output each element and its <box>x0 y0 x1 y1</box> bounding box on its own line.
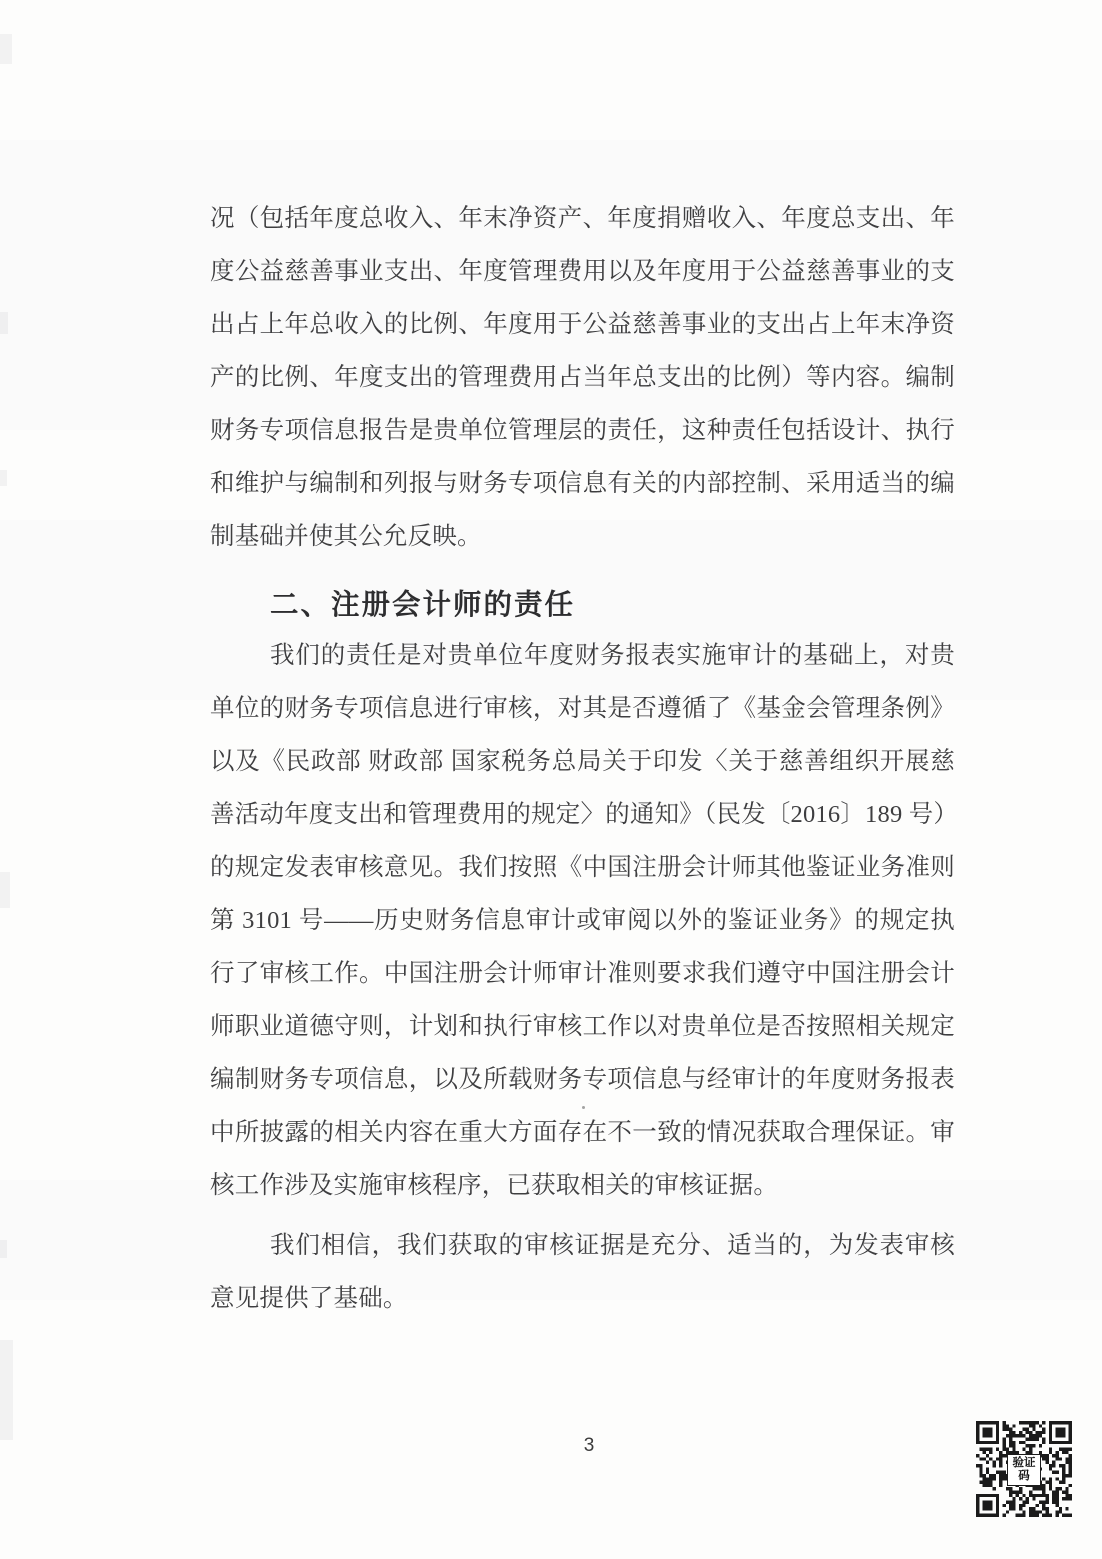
text-line: 我们的责任是对贵单位年度财务报表实施审计的基础上，对贵 <box>210 629 955 682</box>
text-line: 师职业道德守则，计划和执行审核工作以对贵单位是否按照相关规定 <box>210 1000 955 1053</box>
text-line: 产的比例、年度支出的管理费用占当年总支出的比例）等内容。编制 <box>210 351 955 404</box>
text-line: 的规定发表审核意见。我们按照《中国注册会计师其他鉴证业务准则 <box>210 841 955 894</box>
document-page: 况（包括年度总收入、年末净资产、年度捐赠收入、年度总支出、年度公益慈善事业支出、… <box>0 0 1102 1559</box>
text-line: 况（包括年度总收入、年末净资产、年度捐赠收入、年度总支出、年 <box>210 192 955 245</box>
scan-edge-artifact <box>0 1340 13 1440</box>
qr-code-label: 验证码 <box>1007 1454 1041 1486</box>
text-line: 编制财务专项信息，以及所载财务专项信息与经审计的年度财务报表 <box>210 1053 955 1106</box>
scan-edge-artifact <box>0 1240 7 1258</box>
text-line: 意见提供了基础。 <box>210 1272 955 1325</box>
text-line: 中所披露的相关内容在重大方面存在不一致的情况获取合理保证。审 <box>210 1106 955 1159</box>
scan-edge-artifact <box>0 34 12 64</box>
text-line: 度公益慈善事业支出、年度管理费用以及年度用于公益慈善事业的支 <box>210 245 955 298</box>
scan-edge-artifact <box>0 872 10 908</box>
text-line: 核工作涉及实施审核程序，已获取相关的审核证据。 <box>210 1159 955 1212</box>
text-line: 单位的财务专项信息进行审核，对其是否遵循了《基金会管理条例》 <box>210 682 955 735</box>
text-line: 和维护与编制和列报与财务专项信息有关的内部控制、采用适当的编 <box>210 457 955 510</box>
paragraph: 我们的责任是对贵单位年度财务报表实施审计的基础上，对贵单位的财务专项信息进行审核… <box>210 629 955 1212</box>
scan-edge-artifact <box>0 312 8 334</box>
paragraph: 况（包括年度总收入、年末净资产、年度捐赠收入、年度总支出、年度公益慈善事业支出、… <box>210 192 955 563</box>
text-line: 制基础并使其公允反映。 <box>210 510 955 563</box>
text-line: 善活动年度支出和管理费用的规定〉的通知》（民发〔2016〕189 号） <box>210 788 955 841</box>
page-number: 3 <box>577 1435 601 1457</box>
section-heading: 二、注册会计师的责任 <box>210 578 955 634</box>
scan-edge-artifact <box>0 470 7 486</box>
text-line: 第 3101 号——历史财务信息审计或审阅以外的鉴证业务》的规定执 <box>210 894 955 947</box>
text-line: 财务专项信息报告是贵单位管理层的责任，这种责任包括设计、执行 <box>210 404 955 457</box>
section-heading-text: 二、注册会计师的责任 <box>210 578 955 634</box>
text-line: 行了审核工作。中国注册会计师审计准则要求我们遵守中国注册会计 <box>210 947 955 1000</box>
text-line: 以及《民政部 财政部 国家税务总局关于印发〈关于慈善组织开展慈 <box>210 735 955 788</box>
qr-code: 验证码 <box>976 1421 1072 1519</box>
text-line: 我们相信，我们获取的审核证据是充分、适当的，为发表审核 <box>210 1219 955 1272</box>
text-line: 出占上年总收入的比例、年度用于公益慈善事业的支出占上年末净资 <box>210 298 955 351</box>
paragraph: 我们相信，我们获取的审核证据是充分、适当的，为发表审核意见提供了基础。 <box>210 1219 955 1325</box>
